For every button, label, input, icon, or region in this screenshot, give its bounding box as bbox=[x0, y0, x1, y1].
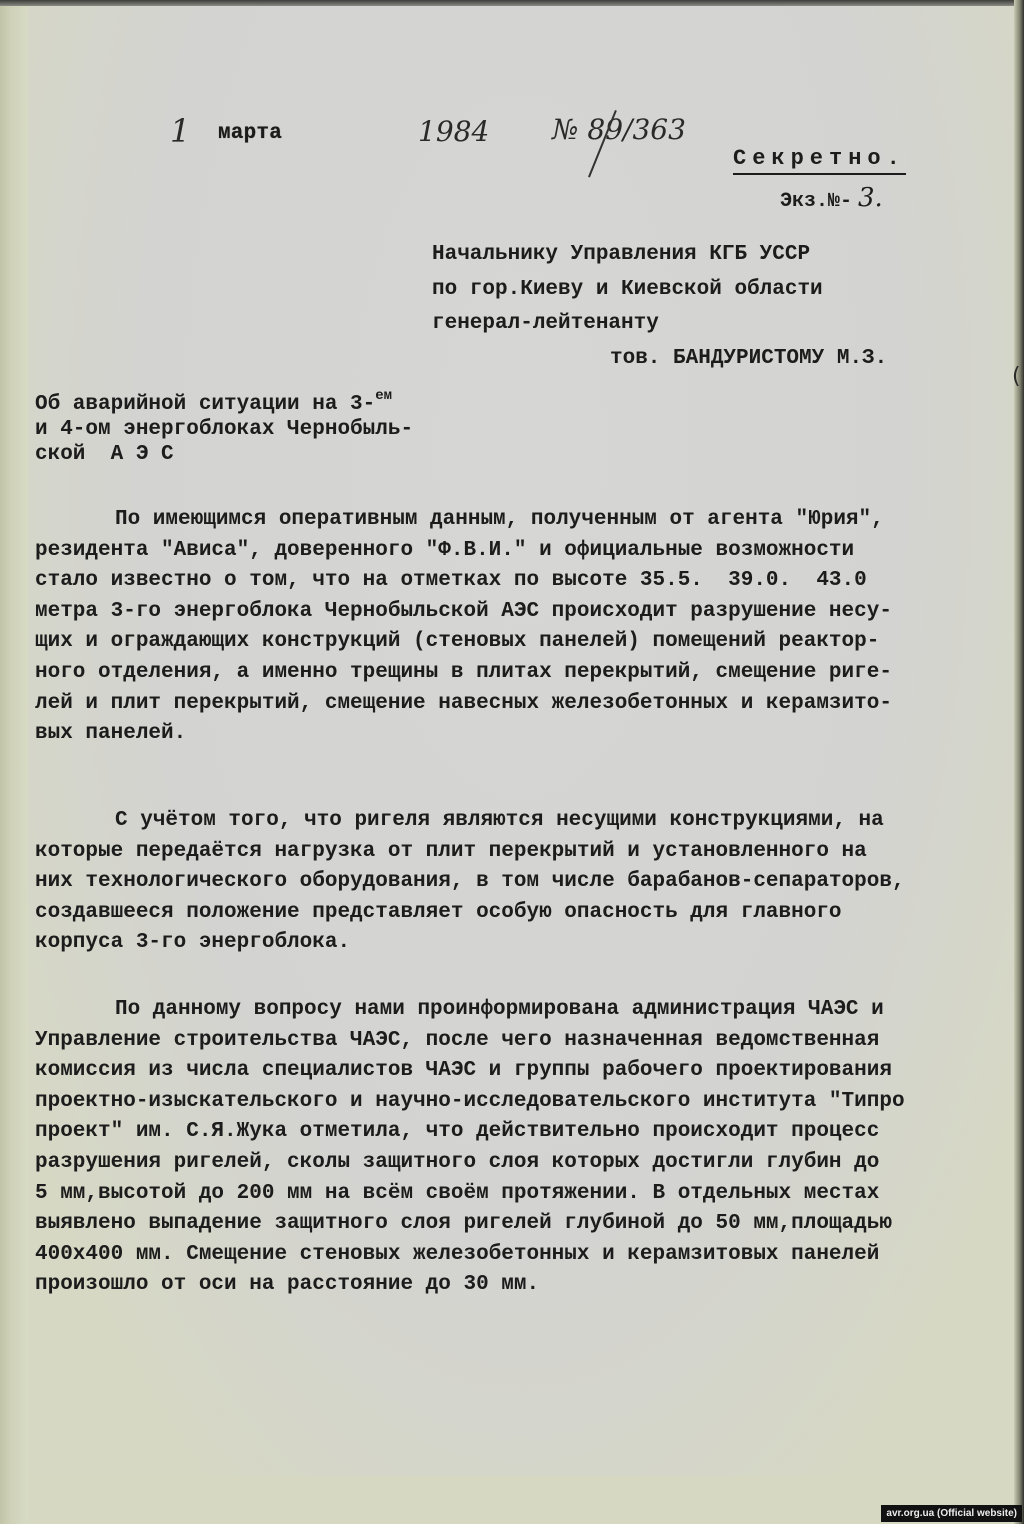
paragraph-2: С учётом того, что ригеля являются несущ… bbox=[35, 806, 905, 959]
paragraph-3: По данному вопросу нами проинформирована… bbox=[35, 995, 905, 1301]
paragraph-1: По имеющимся оперативным данным, получен… bbox=[35, 505, 892, 750]
paragraph-line: проектно-изыскательского и научно-исслед… bbox=[35, 1087, 905, 1118]
paragraph-line: 400х400 мм. Смещение стеновых железобето… bbox=[35, 1240, 905, 1271]
paragraph-line: корпуса 3-го энергоблока. bbox=[35, 928, 905, 959]
paragraph-line: них технологического оборудования, в том… bbox=[35, 867, 905, 898]
paragraph-line: выявлено выпадение защитного слоя ригеле… bbox=[35, 1209, 905, 1240]
copy-number-handwritten: 3. bbox=[858, 183, 883, 213]
subject-line: Об аварийной ситуации на 3-ем bbox=[35, 392, 413, 417]
paragraph-line: ного отделения, а именно трещины в плита… bbox=[35, 658, 892, 689]
classification-stamp: Секретно. bbox=[733, 146, 906, 175]
addressee-name: тов. БАНДУРИСТОМУ М.З. bbox=[432, 342, 887, 377]
paragraph-line: произошло от оси на расстояние до 30 мм. bbox=[35, 1270, 905, 1301]
scan-right-edge bbox=[1014, 0, 1024, 1524]
subject-line-1: Об аварийной ситуации на 3- bbox=[35, 393, 375, 416]
date-month: марта bbox=[218, 122, 282, 145]
date-day-handwritten: 1 bbox=[170, 112, 190, 150]
subject-line-2: и 4-ом энергоблоках Чернобыль- bbox=[35, 417, 413, 442]
subject-line-3: ской А Э С bbox=[35, 442, 413, 467]
paragraph-line: С учётом того, что ригеля являются несущ… bbox=[35, 806, 905, 837]
paragraph-line: разрушения ригелей, сколы защитного слоя… bbox=[35, 1148, 905, 1179]
addressee-line: генерал-лейтенанту bbox=[432, 307, 887, 342]
reference-number-handwritten: № 89/363 bbox=[552, 113, 686, 146]
paragraph-line: По данному вопросу нами проинформирована… bbox=[35, 995, 905, 1026]
addressee-block: Начальнику Управления КГБ УССР по гор.Ки… bbox=[432, 238, 887, 376]
paragraph-line: стало известно о том, что на отметках по… bbox=[35, 566, 892, 597]
subject-heading: Об аварийной ситуации на 3-ем и 4-ом эне… bbox=[35, 392, 413, 467]
subject-superscript: ем bbox=[375, 388, 392, 404]
copy-label: Экз.№- bbox=[780, 190, 852, 213]
paragraph-line: проект" им. С.Я.Жука отметила, что дейст… bbox=[35, 1117, 905, 1148]
addressee-line: Начальнику Управления КГБ УССР bbox=[432, 238, 887, 273]
addressee-line: по гор.Киеву и Киевской области bbox=[432, 273, 887, 308]
paragraph-line: Управление строительства ЧАЭС, после чег… bbox=[35, 1026, 905, 1057]
paragraph-line: создавшееся положение представляет особу… bbox=[35, 898, 905, 929]
paragraph-line: По имеющимся оперативным данным, получен… bbox=[35, 505, 892, 536]
paragraph-line: резидента "Ависа", доверенного "Ф.В.И." … bbox=[35, 536, 892, 567]
paragraph-line: 5 мм,высотой до 200 мм на всём своём про… bbox=[35, 1179, 905, 1210]
margin-mark: ( bbox=[1012, 364, 1021, 389]
year-handwritten: 1984 bbox=[418, 115, 489, 148]
paragraph-line: щих и ограждающих конструкций (стеновых … bbox=[35, 627, 892, 658]
paragraph-line: метра 3-го энергоблока Чернобыльской АЭС… bbox=[35, 597, 892, 628]
copy-number: Экз.№-3. bbox=[780, 183, 883, 213]
scan-left-edge bbox=[0, 6, 28, 1524]
paragraph-line: комиссия из числа специалистов ЧАЭС и гр… bbox=[35, 1056, 905, 1087]
paragraph-line: вых панелей. bbox=[35, 719, 892, 750]
paragraph-line: которые передаётся нагрузка от плит пере… bbox=[35, 837, 905, 868]
paragraph-line: лей и плит перекрытий, смещение навесных… bbox=[35, 689, 892, 720]
source-watermark: avr.org.ua (Official website) bbox=[881, 1505, 1022, 1522]
